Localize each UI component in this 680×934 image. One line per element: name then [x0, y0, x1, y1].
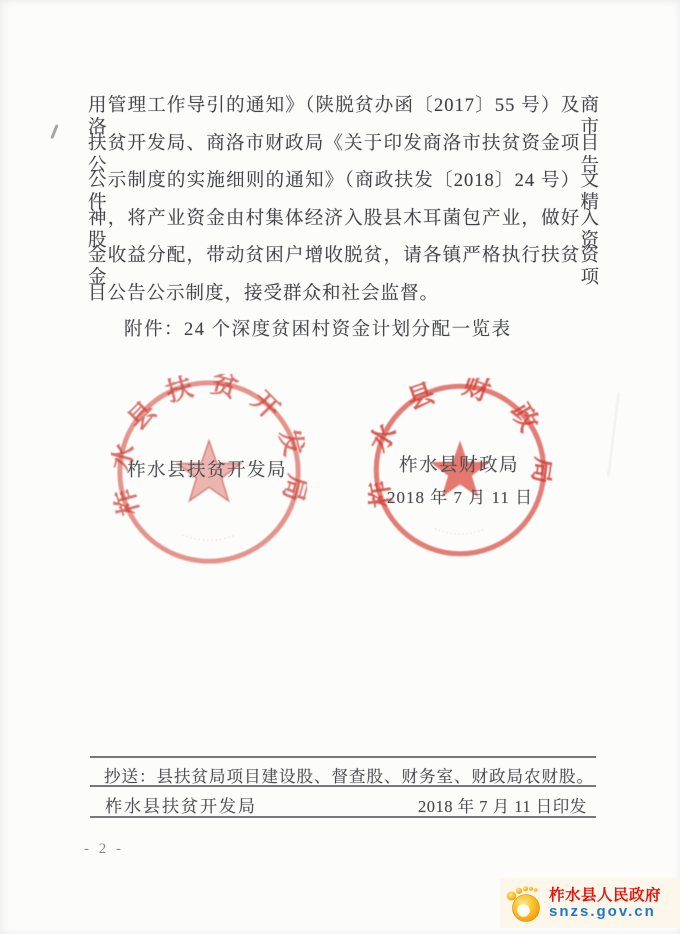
- seal-code-marks: ∙∙∙∙∙∙∙∙∙∙∙∙∙: [433, 525, 487, 539]
- body-line: 用管理工作导引的通知》（陕脱贫办函〔2017〕55 号）及商洛市: [88, 95, 600, 119]
- body-line: 目公告公示制度，接受群众和社会监督。: [88, 283, 600, 307]
- footer-rule-top: [90, 756, 596, 758]
- body-line: 神，将产业资金由村集体经济入股县木耳菌包产业，做好入股资: [88, 208, 600, 232]
- cc-line: 抄送：县扶贫局项目建设股、督查股、财务室、财政局农财股。: [104, 763, 594, 787]
- attachment-line: 附件：24 个深度贫困村资金计划分配一览表: [124, 315, 512, 341]
- footer-issuer: 柞水县扶贫开发局: [105, 792, 257, 817]
- handwritten-tick-mark: [50, 124, 58, 139]
- page-number: - 2 -: [84, 841, 124, 858]
- signature-left-org: 柞水县扶贫开发局: [127, 456, 287, 482]
- body-line: 公示制度的实施细则的通知》（商政扶发〔2018〕24 号）文件精: [88, 170, 600, 194]
- footer-rule-bottom: [90, 816, 596, 818]
- gov-site-name: 柞水县人民政府: [549, 883, 661, 905]
- seal-code-marks: ∙∙∙∙∙∙∙∙∙∙∙∙∙: [180, 530, 238, 544]
- signature-right-org: 柞水县财政局: [399, 451, 519, 477]
- scan-artifact: [607, 392, 620, 477]
- signature-date: 2018 年 7 月 11 日: [387, 483, 533, 508]
- gov-site-watermark: 柞水县人民政府 snzs.gov.cn: [500, 878, 680, 928]
- footer-print-date: 2018 年 7 月 11 日印发: [418, 793, 572, 817]
- footprint-logo-icon: [502, 881, 546, 925]
- body-line: 扶贫开发局、商洛市财政局《关于印发商洛市扶贫资金项目公告: [88, 133, 600, 157]
- body-line: 金收益分配，带动贫困户增收脱贫，请各镇严格执行扶贫资金项: [88, 245, 600, 269]
- gov-site-url: snzs.gov.cn: [549, 903, 656, 920]
- footer-rule-middle: [90, 785, 596, 787]
- document-page: 用管理工作导引的通知》（陕脱贫办函〔2017〕55 号）及商洛市 扶贫开发局、商…: [0, 0, 680, 934]
